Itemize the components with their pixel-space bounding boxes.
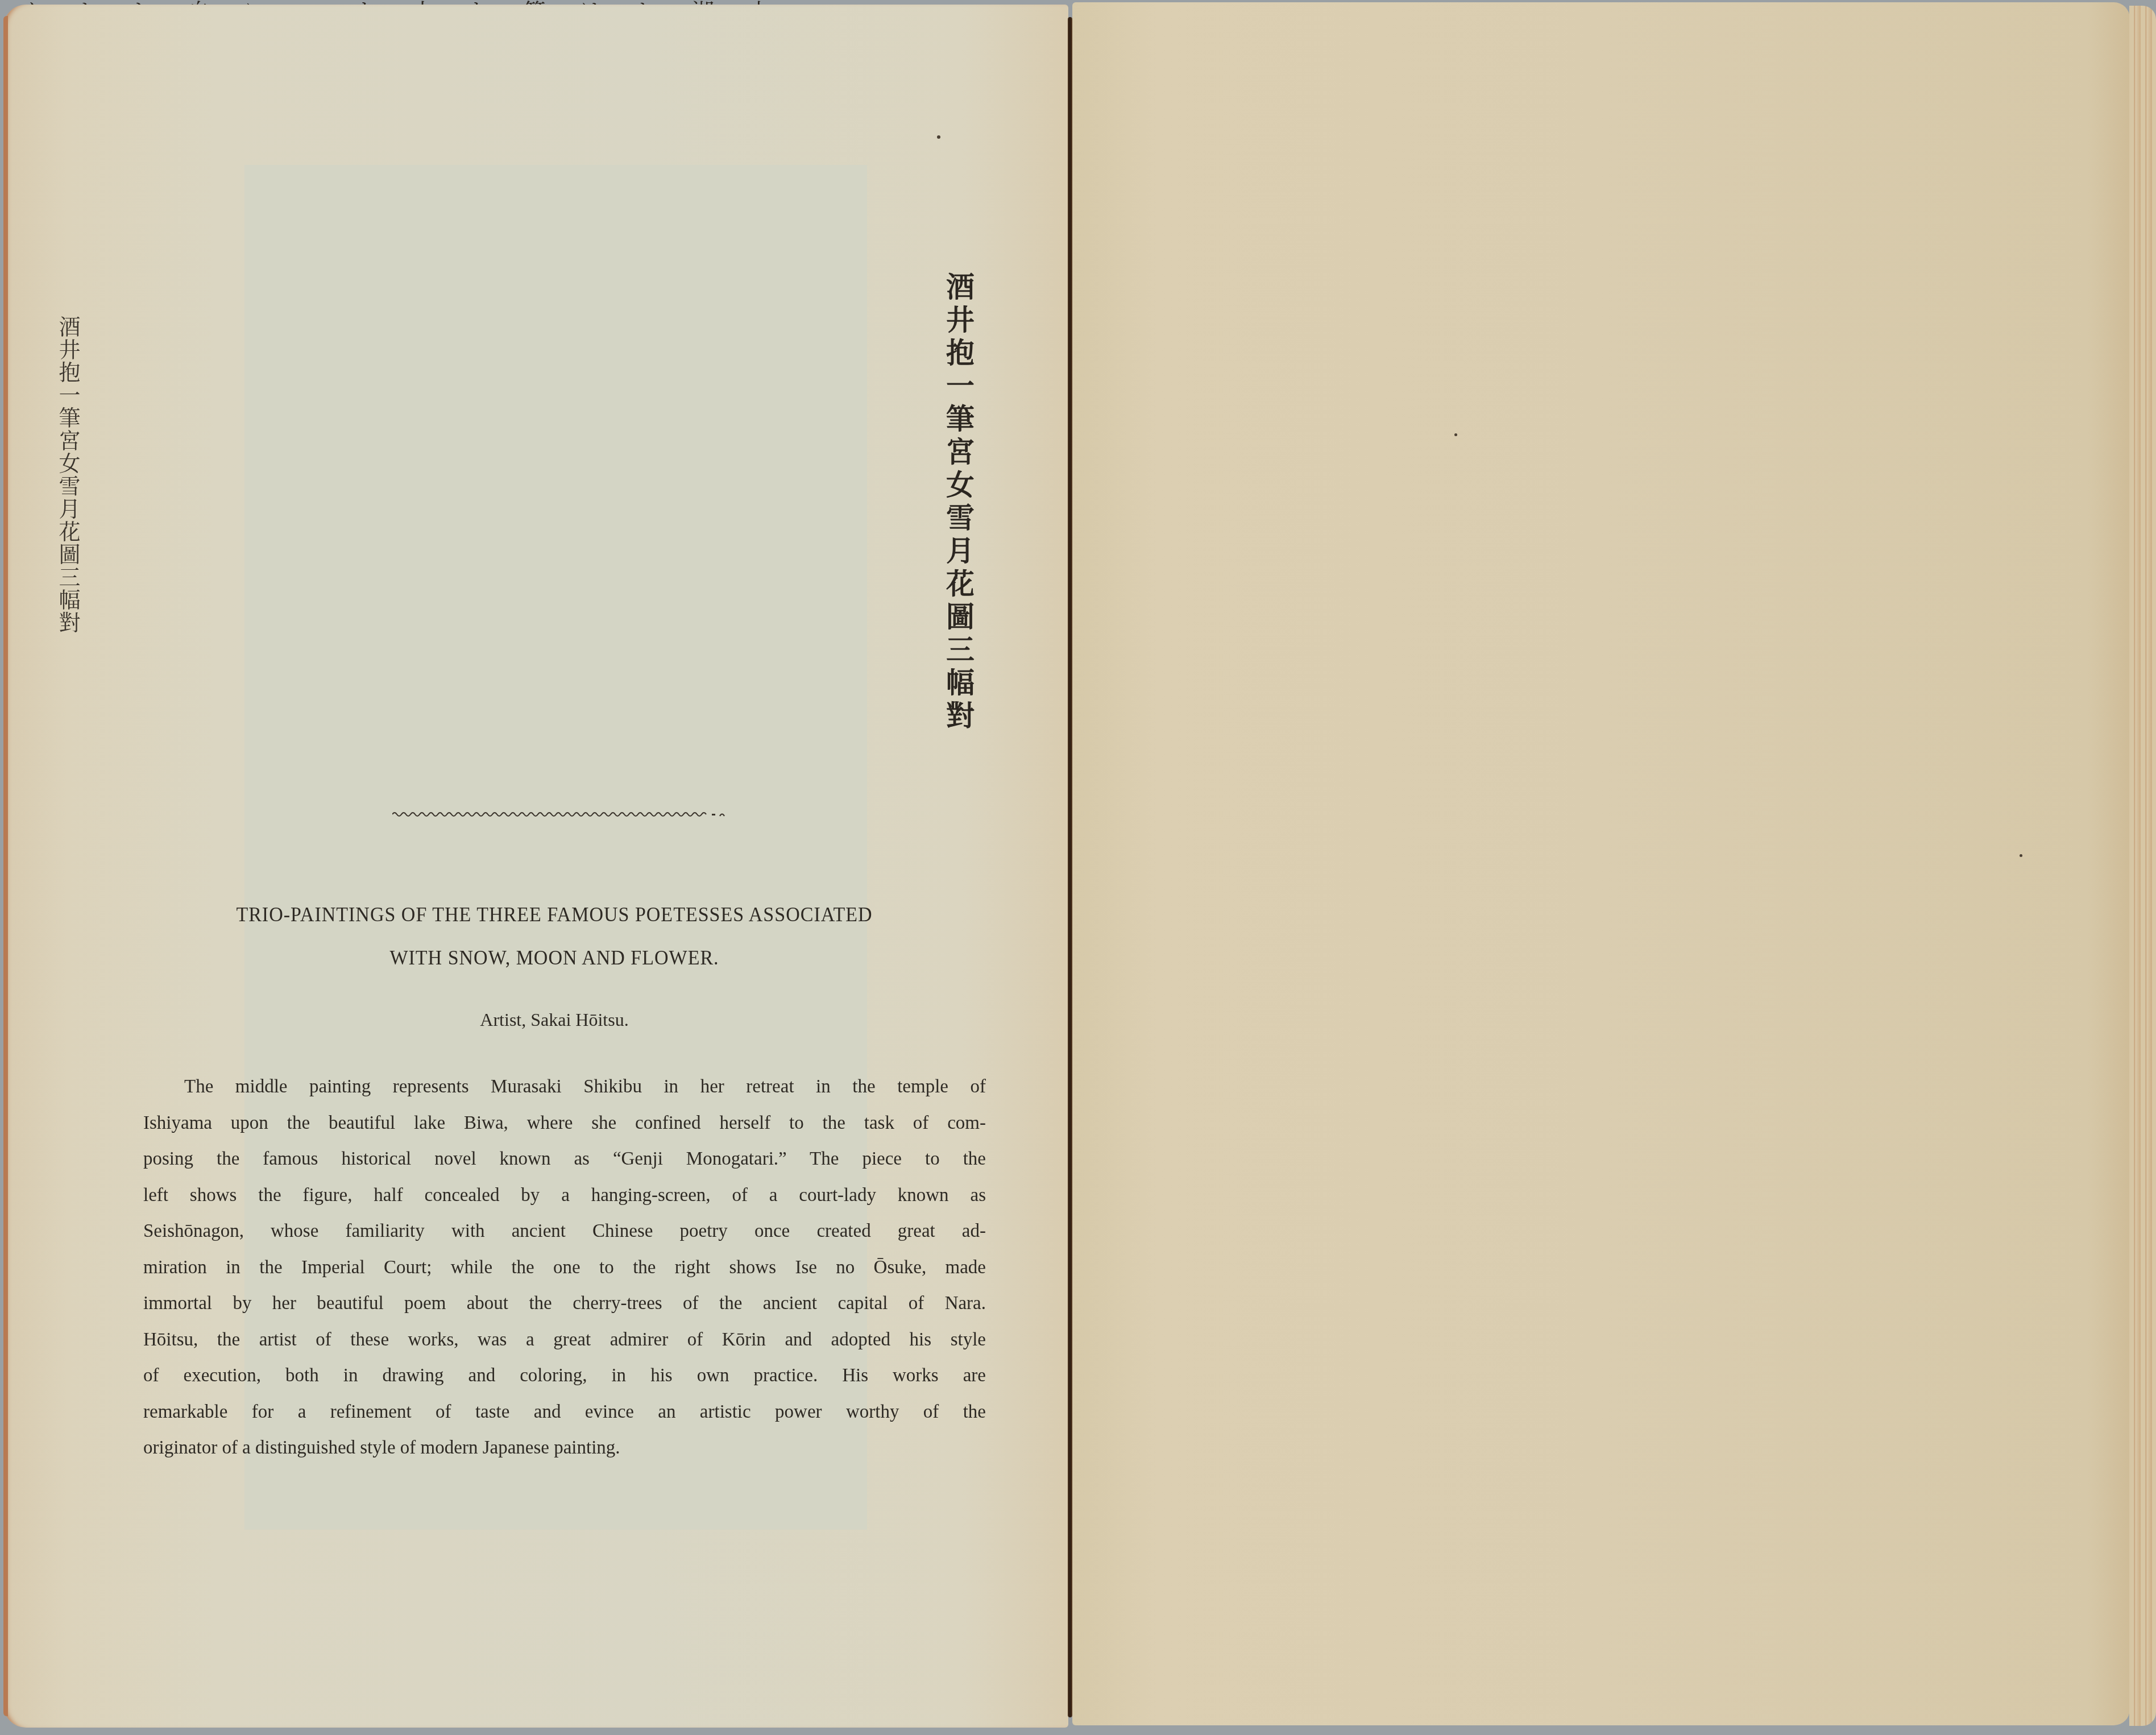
body-line: immortal by her beautiful poem about the… <box>143 1286 986 1322</box>
paper-speck <box>937 135 940 139</box>
left-page <box>3 5 1068 1728</box>
book-spread: 酒井抱一筆宮女雪月花圖三幅對 酒井抱一筆宮女雪月花圖三幅對 中は紫式部が石山寺に… <box>0 0 2156 1735</box>
paper-speck <box>1454 433 1457 436</box>
body-line: Ishiyama upon the beautiful lake Biwa, w… <box>143 1105 986 1142</box>
book-gutter <box>1068 17 1072 1717</box>
body-line: Seishōnagon, whose familiarity with anci… <box>143 1214 986 1250</box>
body-line: of execution, both in drawing and colori… <box>143 1358 986 1394</box>
english-body-paragraph: The middle painting represents Murasaki … <box>143 1069 986 1467</box>
paper-speck <box>2020 854 2022 857</box>
artist-credit: Artist, Sakai Hōitsu. <box>136 1009 972 1030</box>
body-line: miration in the Imperial Court; while th… <box>143 1250 986 1286</box>
body-line: remarkable for a refinement of taste and… <box>143 1394 986 1431</box>
body-line: The middle painting represents Murasaki … <box>143 1069 986 1105</box>
body-line: posing the famous historical novel known… <box>143 1141 986 1178</box>
body-line: left shows the figure, half concealed by… <box>143 1178 986 1214</box>
english-heading-line-1: TRIO-PAINTINGS OF THE THREE FAMOUS POETE… <box>136 905 972 925</box>
body-line: originator of a distinguished style of m… <box>143 1430 986 1467</box>
japanese-title: 酒井抱一筆宮女雪月花圖三幅對 <box>944 272 972 734</box>
right-page-blank <box>1072 2 2130 1725</box>
page-edges <box>2129 6 2156 1726</box>
body-line: Hōitsu, the artist of these works, was a… <box>143 1322 986 1359</box>
wavy-ornament-divider <box>392 809 728 820</box>
english-heading-line-2: WITH SNOW, MOON AND FLOWER. <box>136 948 972 968</box>
running-head: 酒井抱一筆宮女雪月花圖三幅對 <box>57 316 78 634</box>
